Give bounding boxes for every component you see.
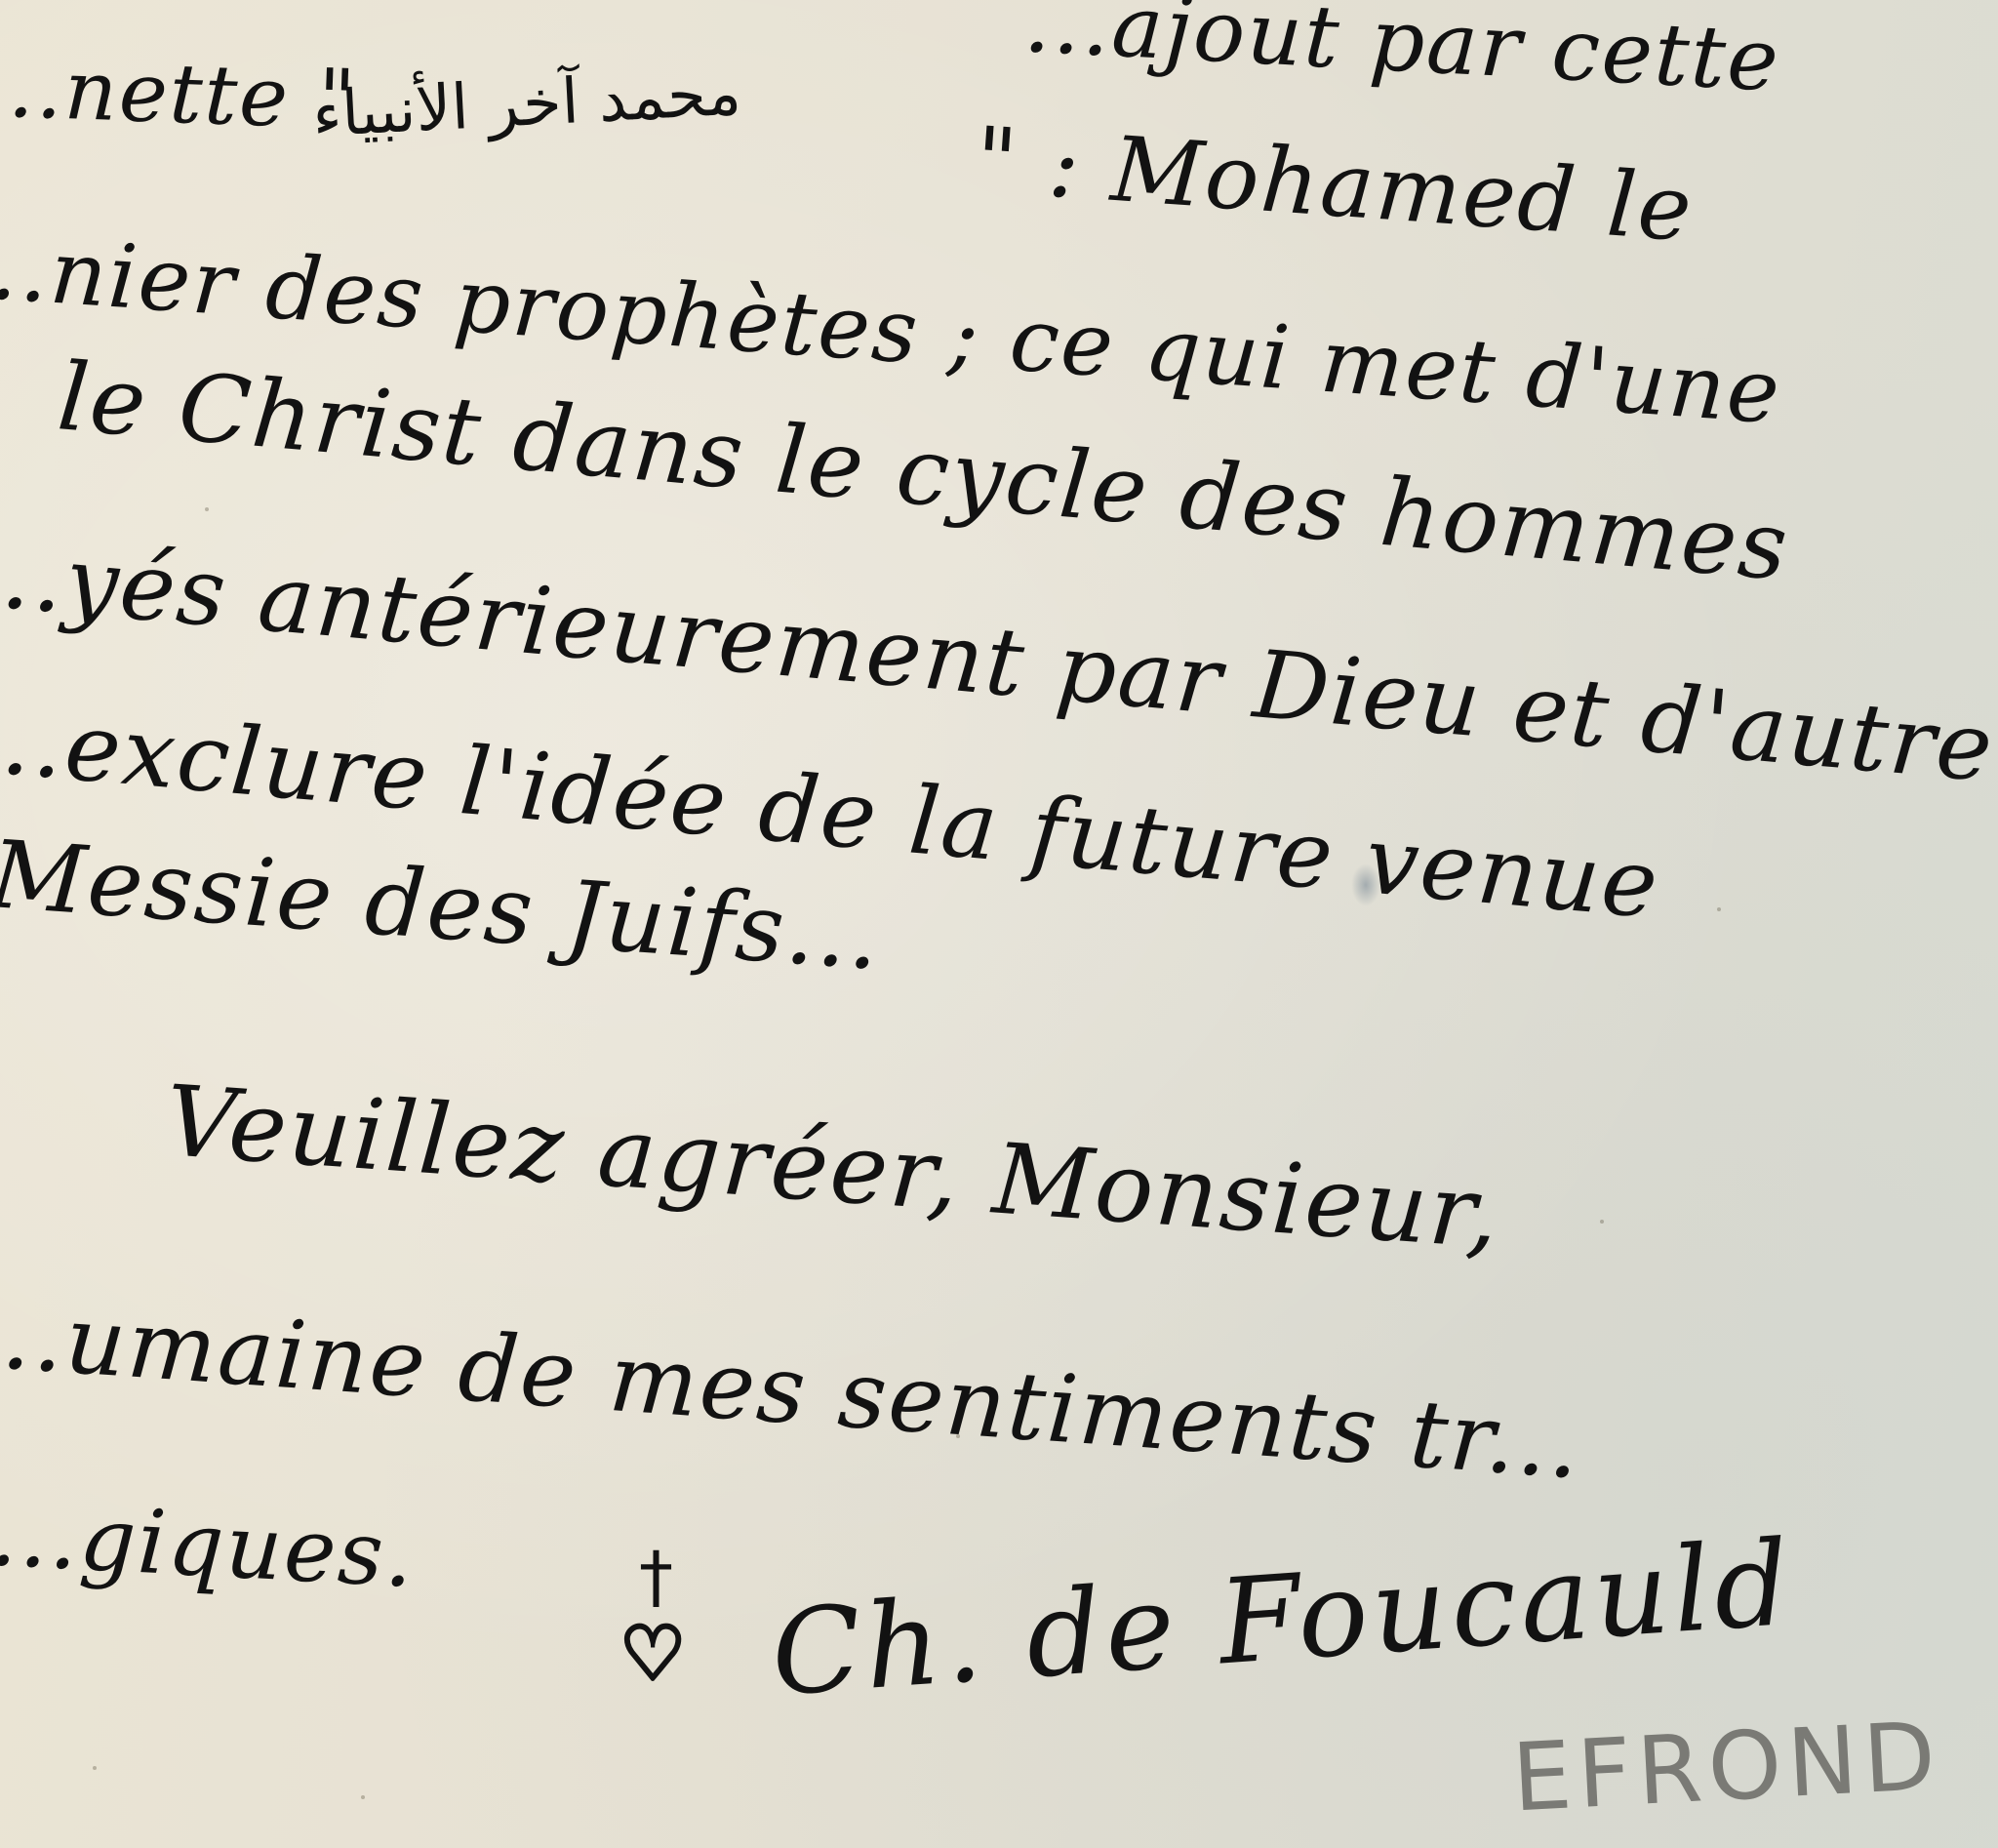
pencil-annotation: EFROND bbox=[1509, 1702, 1943, 1833]
paper-fleck bbox=[361, 1795, 365, 1799]
paper-fleck bbox=[1600, 1220, 1604, 1224]
handwritten-line: ...giques. bbox=[0, 1483, 418, 1608]
handwritten-line: ...umaine de mes sentiments tr... bbox=[0, 1278, 1584, 1500]
handwritten-line: Veuillez agréer, Monsieur, bbox=[162, 1064, 1504, 1270]
handwritten-line: ...ajout par cette bbox=[1021, 0, 1782, 111]
arabic-quotation: محمد آخر الأنبياء bbox=[310, 58, 742, 152]
paper-fleck bbox=[1717, 907, 1721, 911]
paper-fleck bbox=[93, 1766, 97, 1770]
cross-icon: † bbox=[639, 1537, 673, 1617]
signature: Ch. de Foucauld bbox=[767, 1516, 1797, 1723]
handwritten-line: " : Mohamed le bbox=[972, 107, 1697, 261]
paper-fleck bbox=[205, 507, 209, 511]
heart-icon: ♡ bbox=[619, 1610, 686, 1697]
letter-page: ...ajout par cette ...nette " محمد آخر ا… bbox=[0, 0, 1998, 1848]
handwritten-line: ...nette " bbox=[0, 39, 359, 147]
